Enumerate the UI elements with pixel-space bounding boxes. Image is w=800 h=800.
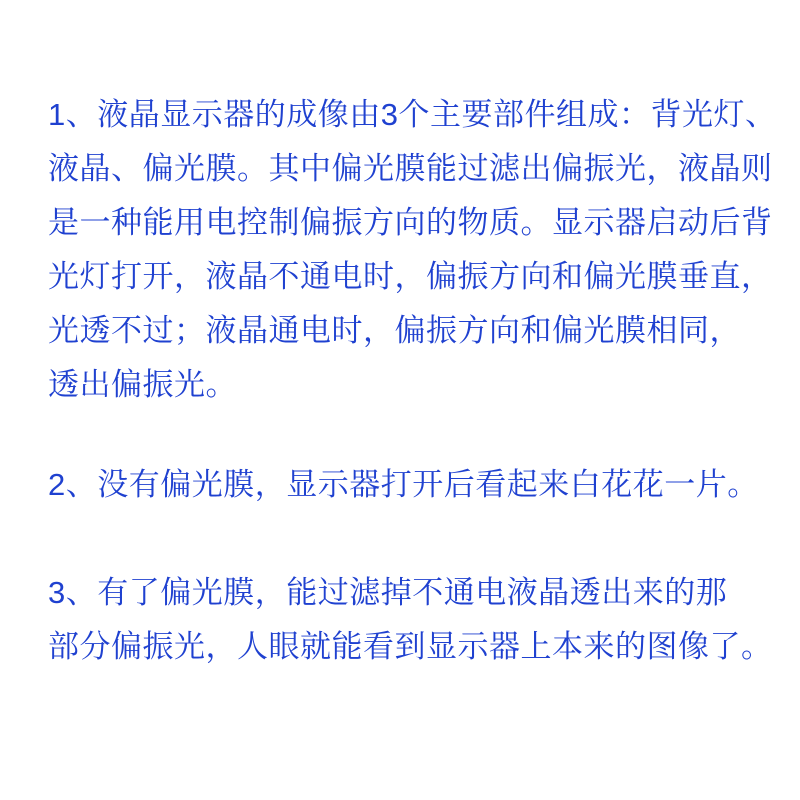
paragraph-point-1: 1、液晶显示器的成像由3个主要部件组成：背光灯、 液晶、偏光膜。其中偏光膜能过滤… bbox=[48, 88, 758, 412]
text-block: 1、液晶显示器的成像由3个主要部件组成：背光灯、 液晶、偏光膜。其中偏光膜能过滤… bbox=[48, 88, 758, 674]
text-line: 是一种能用电控制偏振方向的物质。显示器启动后背 bbox=[48, 196, 758, 250]
text-line: 1、液晶显示器的成像由3个主要部件组成：背光灯、 bbox=[48, 88, 758, 142]
text-line: 光灯打开，液晶不通电时，偏振方向和偏光膜垂直， bbox=[48, 250, 758, 304]
text-line: 光透不过；液晶通电时，偏振方向和偏光膜相同， bbox=[48, 304, 758, 358]
text-line: 液晶、偏光膜。其中偏光膜能过滤出偏振光，液晶则 bbox=[48, 142, 758, 196]
paragraph-point-2: 2、没有偏光膜，显示器打开后看起来白花花一片。 bbox=[48, 458, 758, 512]
text-line: 透出偏振光。 bbox=[48, 358, 758, 412]
text-line: 部分偏振光，人眼就能看到显示器上本来的图像了。 bbox=[48, 620, 758, 674]
paragraph-point-3: 3、有了偏光膜，能过滤掉不通电液晶透出来的那 部分偏振光，人眼就能看到显示器上本… bbox=[48, 566, 758, 674]
page-background: 1、液晶显示器的成像由3个主要部件组成：背光灯、 液晶、偏光膜。其中偏光膜能过滤… bbox=[0, 0, 800, 800]
text-line: 3、有了偏光膜，能过滤掉不通电液晶透出来的那 bbox=[48, 566, 758, 620]
text-line: 2、没有偏光膜，显示器打开后看起来白花花一片。 bbox=[48, 458, 758, 512]
